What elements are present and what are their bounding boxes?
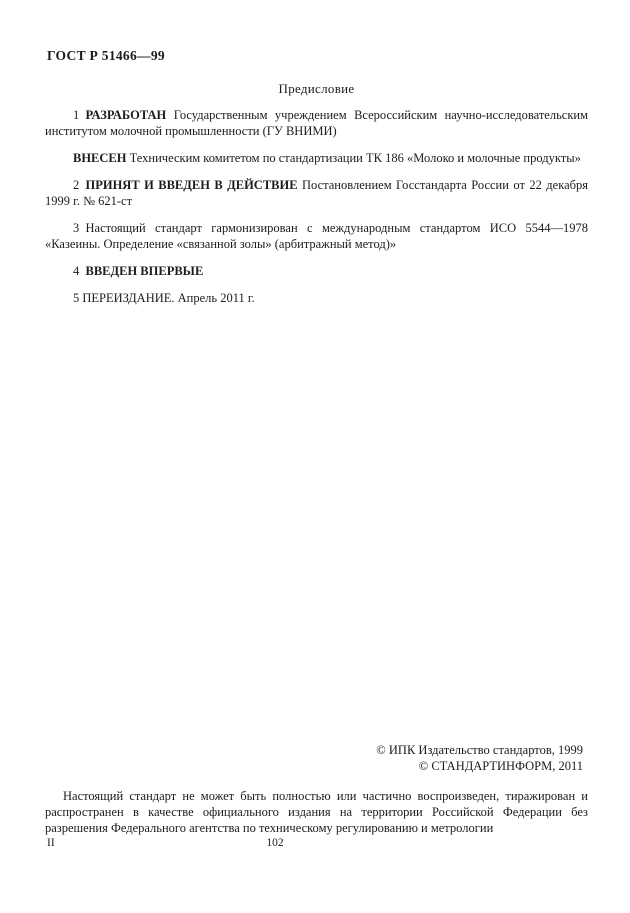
copyright-line-1999: © ИПК Издательство стандартов, 1999 xyxy=(376,742,583,758)
item-text: Настоящий стандарт гармонизирован с межд… xyxy=(45,221,588,251)
item-number: 4 xyxy=(73,264,86,278)
doc-code: ГОСТ Р 51466—99 xyxy=(47,48,165,64)
document-page: ГОСТ Р 51466—99 Предисловие 1 РАЗРАБОТАН… xyxy=(0,0,630,913)
reproduction-restriction-note: Настоящий стандарт не может быть полност… xyxy=(45,788,588,836)
preface-item-1: 1 РАЗРАБОТАН Государственным учреждением… xyxy=(45,107,588,139)
footer-page-number: 102 xyxy=(245,837,305,849)
item-number: 1 xyxy=(73,108,86,122)
item-text: Техническим комитетом по стандартизации … xyxy=(130,151,581,165)
item-keyword: ВНЕСЕН xyxy=(73,151,130,165)
preface-item-4: 4 ВВЕДЕН ВПЕРВЫЕ xyxy=(45,263,588,279)
preface-item-vnesen: ВНЕСЕН Техническим комитетом по стандарт… xyxy=(45,150,588,166)
footer-sheet-roman-numeral: II xyxy=(47,837,55,849)
preface-item-3: 3 Настоящий стандарт гармонизирован с ме… xyxy=(45,220,588,252)
copyright-line-2011: © СТАНДАРТИНФОРМ, 2011 xyxy=(376,758,583,774)
item-text: ПЕРЕИЗДАНИЕ. Апрель 2011 г. xyxy=(82,291,254,305)
item-number: 5 xyxy=(73,291,82,305)
item-keyword: РАЗРАБОТАН xyxy=(86,108,174,122)
item-number: 3 xyxy=(73,221,86,235)
preface-title: Предисловие xyxy=(45,81,588,97)
item-keyword: ВВЕДЕН ВПЕРВЫЕ xyxy=(86,264,204,278)
item-keyword: ПРИНЯТ И ВВЕДЕН В ДЕЙСТВИЕ xyxy=(86,178,303,192)
item-number: 2 xyxy=(73,178,86,192)
copyright-block: © ИПК Издательство стандартов, 1999 © СТ… xyxy=(376,742,583,774)
preface-item-2: 2 ПРИНЯТ И ВВЕДЕН В ДЕЙСТВИЕ Постановлен… xyxy=(45,177,588,209)
preface-content: 1 РАЗРАБОТАН Государственным учреждением… xyxy=(45,107,588,317)
preface-item-5: 5 ПЕРЕИЗДАНИЕ. Апрель 2011 г. xyxy=(45,290,588,306)
